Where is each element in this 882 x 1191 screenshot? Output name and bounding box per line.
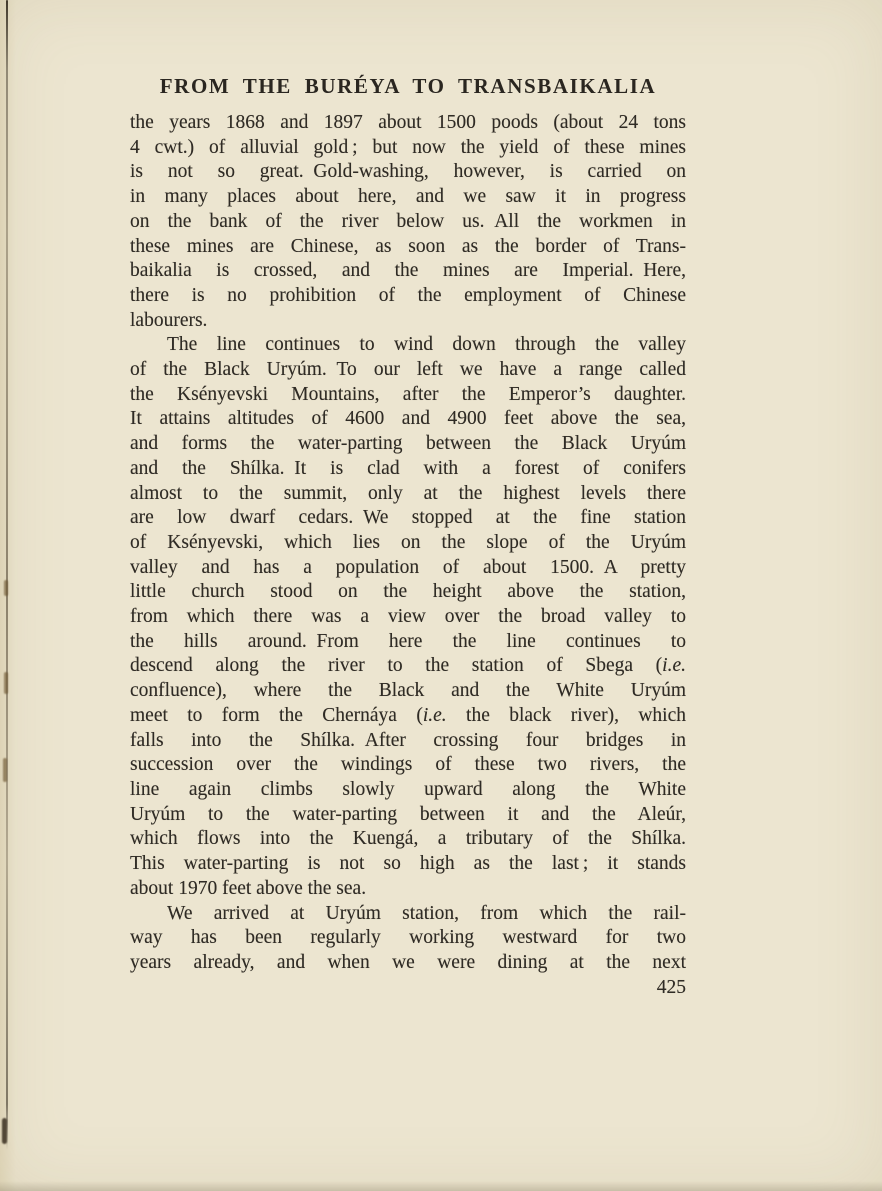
text-line: about 1970 feet above the sea.	[130, 877, 686, 902]
page-left-edge	[0, 0, 16, 1191]
text-block: FROM THE BURÉYA TO TRANSBAIKALIA the yea…	[130, 73, 686, 1000]
text-line: are low dwarf cedars. We stopped at the …	[130, 506, 686, 531]
crease-mark	[4, 580, 8, 596]
text-segment: valley and has a population of about 150…	[130, 557, 686, 578]
italic-text: i.e.	[662, 655, 686, 676]
text-line: We arrived at Uryúm station, from which …	[130, 902, 686, 927]
text-line: on the bank of the river below us. All t…	[130, 210, 686, 235]
text-segment: meet to form the Chernáya (	[130, 705, 423, 726]
text-line: labourers.	[130, 309, 686, 334]
crease-mark	[2, 1118, 7, 1144]
text-line: way has been regularly working westward …	[130, 926, 686, 951]
text-segment: the hills around. From here the line con…	[130, 631, 686, 652]
text-line: 4 cwt.) of alluvial gold ; but now the y…	[130, 136, 686, 161]
crease-mark	[4, 672, 8, 694]
page-number: 425	[130, 976, 686, 1001]
text-line: years already, and when we were dining a…	[130, 951, 686, 976]
text-line: there is no prohibition of the employmen…	[130, 284, 686, 309]
text-line: It attains altitudes of 4600 and 4900 fe…	[130, 407, 686, 432]
text-line: almost to the summit, only at the highes…	[130, 482, 686, 507]
text-segment: years already, and when we were dining a…	[130, 952, 686, 973]
text-segment: It attains altitudes of 4600 and 4900 fe…	[130, 408, 686, 429]
text-segment: and forms the water-parting between the …	[130, 433, 686, 454]
text-segment: descend along the river to the station o…	[130, 655, 662, 676]
text-line: falls into the Shílka. After crossing fo…	[130, 729, 686, 754]
text-segment: of the Black Uryúm. To our left we have …	[130, 359, 686, 380]
text-segment: falls into the Shílka. After crossing fo…	[130, 730, 686, 751]
text-segment: Uryúm to the water-parting between it an…	[130, 804, 686, 825]
binding-crease-line	[6, 0, 8, 1150]
text-line: in many places about here, and we saw it…	[130, 185, 686, 210]
text-segment: which flows into the Kuengá, a tributary…	[130, 828, 686, 849]
text-line: of Ksényevski, which lies on the slope o…	[130, 531, 686, 556]
text-segment: the Ksényevski Mountains, after the Empe…	[130, 384, 686, 405]
text-segment: the black river), which	[447, 705, 686, 726]
text-segment: these mines are Chinese, as soon as the …	[130, 236, 686, 257]
text-segment: succession over the windings of these tw…	[130, 754, 686, 775]
text-line: the years 1868 and 1897 about 1500 poods…	[130, 111, 686, 136]
text-line: baikalia is crossed, and the mines are I…	[130, 259, 686, 284]
text-segment: We arrived at Uryúm station, from which …	[167, 903, 686, 924]
text-line: Uryúm to the water-parting between it an…	[130, 803, 686, 828]
text-line: these mines are Chinese, as soon as the …	[130, 235, 686, 260]
text-segment: The line continues to wind down through …	[167, 334, 686, 355]
body-text: the years 1868 and 1897 about 1500 poods…	[130, 111, 686, 976]
text-line: the hills around. From here the line con…	[130, 630, 686, 655]
text-line: meet to form the Chernáya (i.e. the blac…	[130, 704, 686, 729]
text-segment: way has been regularly working westward …	[130, 927, 686, 948]
bottom-edge-shadow	[0, 1181, 882, 1191]
text-segment: confluence), where the Black and the Whi…	[130, 680, 686, 701]
text-line: line again climbs slowly upward along th…	[130, 778, 686, 803]
text-segment: is not so great. Gold-washing, however, …	[130, 161, 686, 182]
text-segment: labourers.	[130, 310, 207, 331]
text-segment: line again climbs slowly upward along th…	[130, 779, 686, 800]
text-line: from which there was a view over the bro…	[130, 605, 686, 630]
crease-mark	[3, 758, 7, 782]
text-line: valley and has a population of about 150…	[130, 556, 686, 581]
running-head-title: FROM THE BURÉYA TO TRANSBAIKALIA	[130, 73, 686, 99]
text-line: which flows into the Kuengá, a tributary…	[130, 827, 686, 852]
text-line: is not so great. Gold-washing, however, …	[130, 160, 686, 185]
text-segment: This water-parting is not so high as the…	[130, 853, 686, 874]
text-segment: little church stood on the height above …	[130, 581, 686, 602]
text-segment: 4 cwt.) of alluvial gold ; but now the y…	[130, 137, 686, 158]
text-line: and forms the water-parting between the …	[130, 432, 686, 457]
italic-text: i.e.	[423, 705, 447, 726]
text-segment: there is no prohibition of the employmen…	[130, 285, 686, 306]
text-segment: in many places about here, and we saw it…	[130, 186, 686, 207]
text-line: This water-parting is not so high as the…	[130, 852, 686, 877]
text-segment: are low dwarf cedars. We stopped at the …	[130, 507, 686, 528]
text-line: and the Shílka. It is clad with a forest…	[130, 457, 686, 482]
text-line: the Ksényevski Mountains, after the Empe…	[130, 383, 686, 408]
text-line: The line continues to wind down through …	[130, 333, 686, 358]
text-segment: about 1970 feet above the sea.	[130, 878, 366, 899]
text-segment: on the bank of the river below us. All t…	[130, 211, 686, 232]
text-segment: of Ksényevski, which lies on the slope o…	[130, 532, 686, 553]
text-segment: almost to the summit, only at the highes…	[130, 483, 686, 504]
text-segment: from which there was a view over the bro…	[130, 606, 686, 627]
text-line: confluence), where the Black and the Whi…	[130, 679, 686, 704]
text-line: little church stood on the height above …	[130, 580, 686, 605]
text-segment: the years 1868 and 1897 about 1500 poods…	[130, 112, 686, 133]
text-segment: and the Shílka. It is clad with a forest…	[130, 458, 686, 479]
book-page: FROM THE BURÉYA TO TRANSBAIKALIA the yea…	[0, 0, 882, 1191]
text-line: descend along the river to the station o…	[130, 654, 686, 679]
text-segment: baikalia is crossed, and the mines are I…	[130, 260, 686, 281]
text-line: of the Black Uryúm. To our left we have …	[130, 358, 686, 383]
text-line: succession over the windings of these tw…	[130, 753, 686, 778]
